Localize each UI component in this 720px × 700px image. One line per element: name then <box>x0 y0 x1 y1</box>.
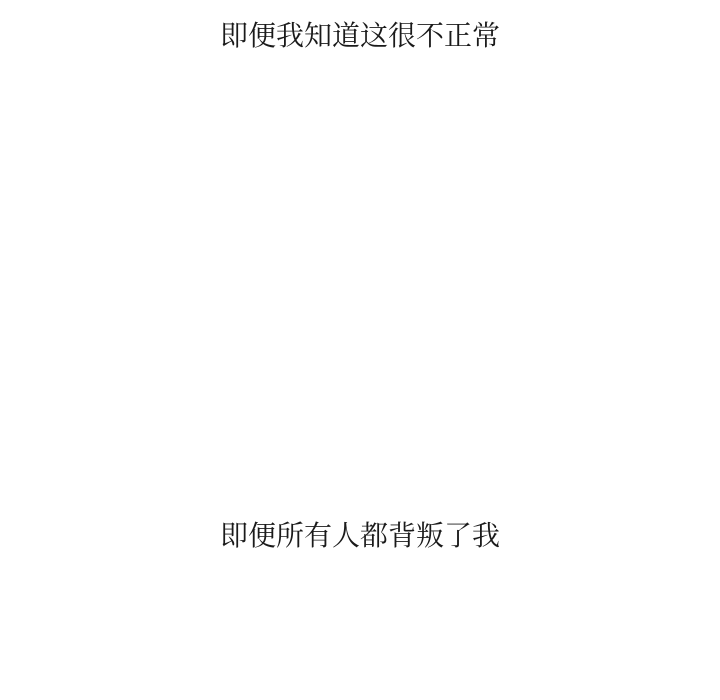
caption-line-2: 即便所有人都背叛了我 <box>0 519 720 553</box>
blank-panel-area <box>0 60 720 510</box>
caption-line-1: 即便我知道这很不正常 <box>0 19 720 53</box>
